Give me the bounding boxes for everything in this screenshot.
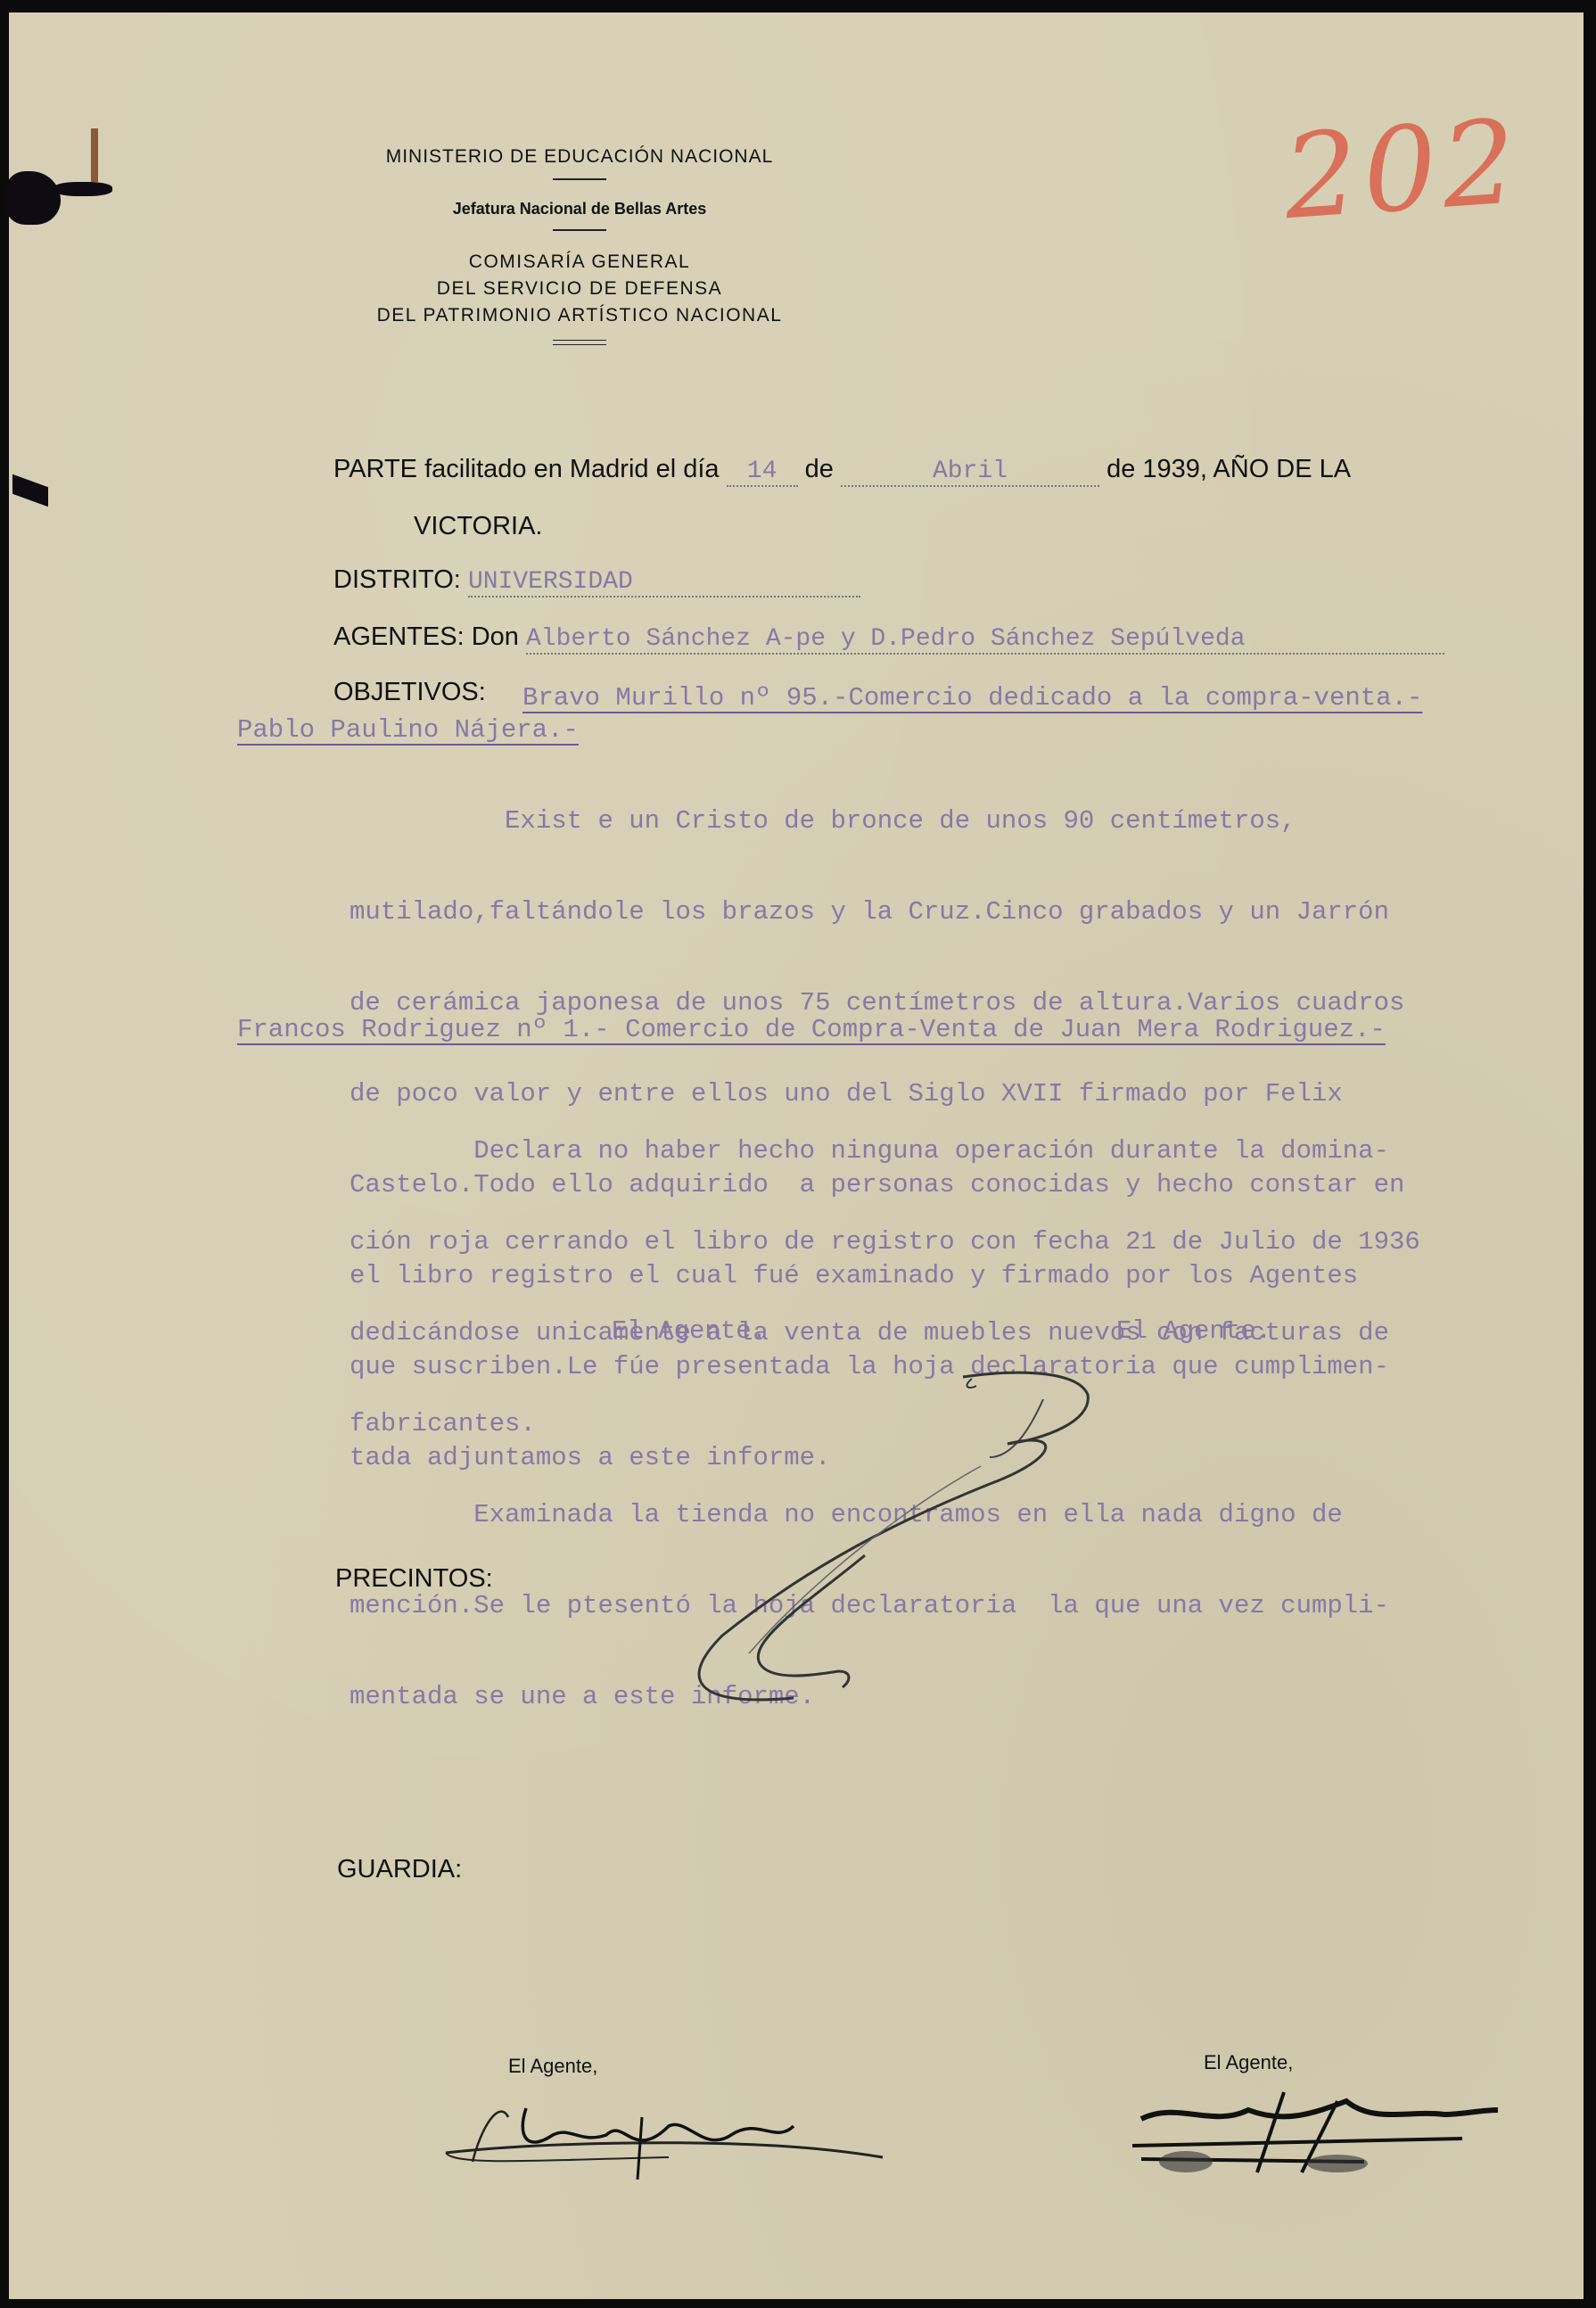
typed-signature-left: El Agente. [612,1316,767,1346]
divider [553,340,606,341]
distrito-line: DISTRITO: UNIVERSIDAD [333,565,860,598]
victoria-line: VICTORIA. [414,512,543,541]
parte-line: PARTE facilitado en Madrid el día 14 de … [333,455,1351,487]
ink-stain [12,474,48,507]
month-field: Abril [933,457,1008,485]
body-line: ción roja cerrando el libro de registro … [350,1227,1596,1257]
day-field: 14 [747,457,777,485]
letterhead-patrimonio: DEL PATRIMONIO ARTÍSTICO NACIONAL [330,302,829,329]
typed-signature-right: El Agente. [1116,1316,1271,1346]
printed-signature-left-label: El Agente, [508,2055,597,2078]
distrito-field: UNIVERSIDAD [468,568,633,596]
divider [553,229,606,231]
letterhead-jefatura: Jefatura Nacional de Bellas Artes [330,200,829,218]
handwritten-signature-right [1123,2083,1516,2181]
document-page: 202 MINISTERIO DE EDUCACIÓN NACIONAL Jef… [9,12,1584,2299]
objective-2-heading: Francos Rodriguez nº 1.- Comercio de Com… [237,1015,1386,1044]
folio-number: 202 [1279,94,1526,245]
divider [553,178,606,180]
objetivos-label: OBJETIVOS: [333,678,486,707]
guardia-label: GUARDIA: [337,1855,462,1884]
parte-prefix: PARTE facilitado en Madrid el día [333,455,720,483]
flourish-signature [544,1359,1150,1734]
body-line: mutilado,faltándole los brazos y la Cruz… [350,897,1596,927]
agentes-label: AGENTES: Don [333,622,519,651]
body-line: de cerámica japonesa de unos 75 centímet… [350,988,1596,1018]
agentes-field: Alberto Sánchez A-pe y D.Pedro Sánchez S… [526,625,1246,653]
objective-1-heading-cont: Pablo Paulino Nájera.- [237,715,579,745]
ink-stain [5,171,61,225]
handwritten-signature-left [437,2081,901,2180]
body-line: Declara no haber hecho ninguna operación… [350,1136,1596,1166]
ink-stain [91,128,98,182]
precintos-label: PRECINTOS: [335,1564,493,1594]
year-suffix: de 1939, AÑO DE LA [1107,455,1351,483]
letterhead: MINISTERIO DE EDUCACIÓN NACIONAL Jefatur… [330,146,829,341]
body-line: Exist e un Cristo de bronce de unos 90 c… [350,806,1596,837]
body-line: dedicándose unicamente a la venta de mue… [350,1318,1596,1348]
distrito-label: DISTRITO: [333,565,461,594]
letterhead-comisaria: COMISARÍA GENERAL [330,249,829,276]
letterhead-ministry: MINISTERIO DE EDUCACIÓN NACIONAL [330,146,829,168]
printed-signature-right-label: El Agente, [1204,2051,1293,2074]
ink-stain [53,182,112,196]
letterhead-servicio: DEL SERVICIO DE DEFENSA [330,276,829,302]
objective-1-heading: Bravo Murillo nº 95.-Comercio dedicado a… [522,683,1422,713]
de-label: de [805,455,834,483]
agentes-line: AGENTES: Don Alberto Sánchez A-pe y D.Pe… [333,622,1444,655]
